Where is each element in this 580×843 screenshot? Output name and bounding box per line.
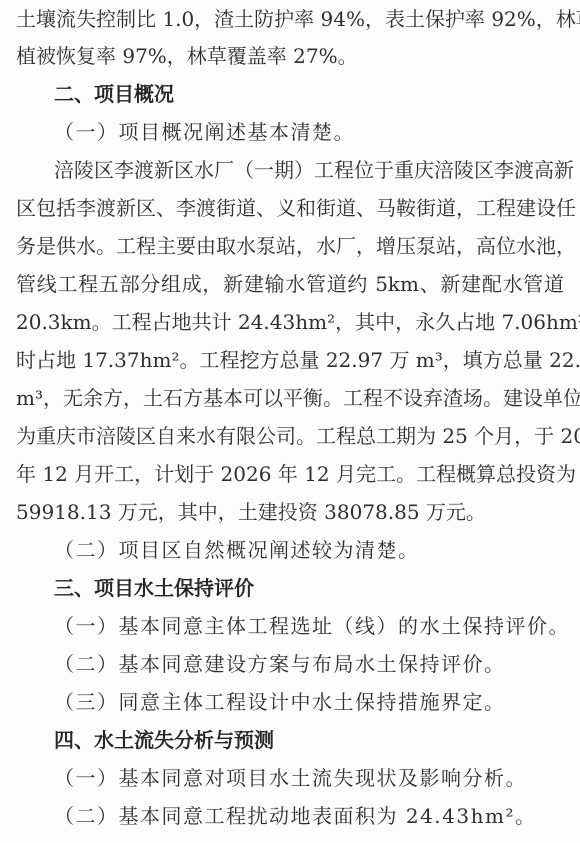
subsection-construction-plan: （二）基本同意建设方案与布局水土保持评价。 <box>54 645 564 683</box>
section-heading-project-overview: 二、项目概况 <box>54 75 564 113</box>
body-line: 年 12 月开工，计划于 2026 年 12 月完工。工程概算总投资为 <box>16 455 564 493</box>
body-line: 59918.13 万元，其中，土建投资 38078.85 万元。 <box>16 493 564 531</box>
body-line: 区包括李渡新区、李渡街道、义和街道、马鞍街道，工程建设任 <box>16 189 564 227</box>
paragraph-start-line: 涪陵区李渡新区水厂（一期）工程位于重庆涪陵区李渡高新 <box>54 151 564 189</box>
subsection-site-selection: （一）基本同意主体工程选址（线）的水土保持评价。 <box>54 607 564 645</box>
section-heading-erosion-analysis: 四、水土流失分析与预测 <box>54 721 564 759</box>
body-line: 土壤流失控制比 1.0，渣土防护率 94%，表土保护率 92%，林草 <box>16 0 564 38</box>
body-line: 管线工程五部分组成，新建输水管道约 5km、新建配水管道 <box>16 265 564 303</box>
section-heading-soil-water-evaluation: 三、项目水土保持评价 <box>54 569 564 607</box>
body-line: 为重庆市涪陵区自来水有限公司。工程总工期为 25 个月，于 2024 <box>16 417 564 455</box>
document-page: 土壤流失控制比 1.0，渣土防护率 94%，表土保护率 92%，林草 植被恢复率… <box>0 0 580 843</box>
body-line: m³，无余方，土石方基本可以平衡。工程不设弃渣场。建设单位 <box>16 379 564 417</box>
subsection-erosion-status: （一）基本同意对项目水土流失现状及影响分析。 <box>54 759 564 797</box>
body-line: 20.3km。工程占地共计 24.43hm²，其中，永久占地 7.06hm²，临 <box>16 303 564 341</box>
subsection-disturbed-area: （二）基本同意工程扰动地表面积为 24.43hm²。 <box>54 797 564 835</box>
body-line: 务是供水。工程主要由取水泵站，水厂，增压泵站，高位水池， <box>16 227 564 265</box>
subsection-overview-clarity: （一）项目概况阐述基本清楚。 <box>54 113 564 151</box>
body-line: 时占地 17.37hm²。工程挖方总量 22.97 万 m³，填方总量 22.9… <box>16 341 564 379</box>
subsection-natural-conditions: （二）项目区自然概况阐述较为清楚。 <box>54 531 564 569</box>
body-line: 植被恢复率 97%，林草覆盖率 27%。 <box>16 37 564 75</box>
subsection-measures-definition: （三）同意主体工程设计中水土保持措施界定。 <box>54 683 564 721</box>
